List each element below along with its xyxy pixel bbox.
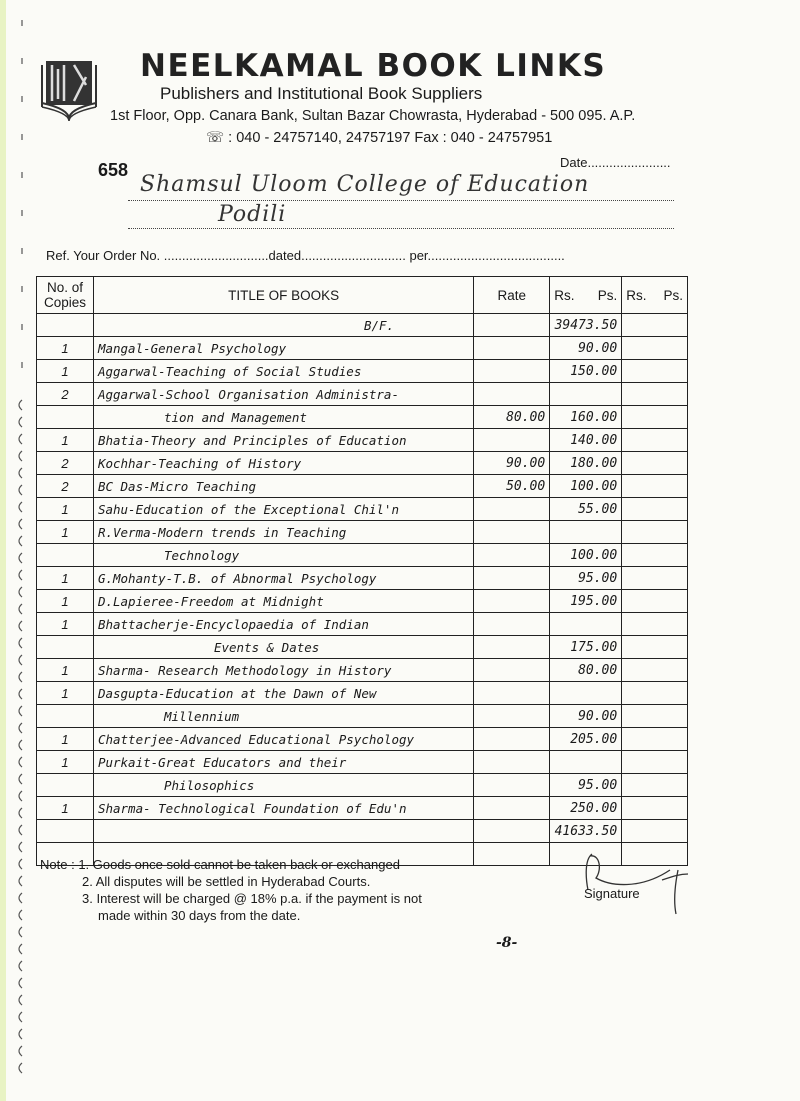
amount-cell: 90.00 bbox=[550, 337, 622, 360]
title-cell: Sharma- Research Methodology in History bbox=[93, 659, 473, 682]
title-cell: Events & Dates bbox=[93, 636, 473, 659]
table-row: 1D.Lapieree-Freedom at Midnight195.00 bbox=[37, 590, 688, 613]
amount-cell: 90.00 bbox=[550, 705, 622, 728]
company-address: 1st Floor, Opp. Canara Bank, Sultan Baza… bbox=[110, 108, 635, 124]
amount-2-cell bbox=[622, 590, 688, 613]
amount-2-cell bbox=[622, 636, 688, 659]
order-reference-line: Ref. Your Order No. ....................… bbox=[46, 248, 565, 263]
rate-cell bbox=[474, 383, 550, 406]
copies-cell: 1 bbox=[37, 360, 94, 383]
copies-cell: 1 bbox=[37, 659, 94, 682]
rate-cell bbox=[474, 659, 550, 682]
company-name: NEELKAMAL BOOK LINKS bbox=[140, 48, 606, 84]
copies-cell: 1 bbox=[37, 728, 94, 751]
amount-2-cell bbox=[622, 337, 688, 360]
amount-2-cell bbox=[622, 544, 688, 567]
amount-2-cell bbox=[622, 314, 688, 337]
table-row: 2BC Das-Micro Teaching50.00100.00 bbox=[37, 475, 688, 498]
copies-cell: 1 bbox=[37, 613, 94, 636]
table-row: Events & Dates175.00 bbox=[37, 636, 688, 659]
table-row: 1Bhattacherje-Encyclopaedia of Indian bbox=[37, 613, 688, 636]
title-cell: Kochhar-Teaching of History bbox=[93, 452, 473, 475]
header-title: TITLE OF BOOKS bbox=[93, 277, 473, 314]
table-header-row: No. of Copies TITLE OF BOOKS Rate Rs.Ps.… bbox=[37, 277, 688, 314]
copies-cell: 1 bbox=[37, 521, 94, 544]
amount-2-cell bbox=[622, 774, 688, 797]
amount-cell: 180.00 bbox=[550, 452, 622, 475]
amount-cell bbox=[550, 682, 622, 705]
rate-cell bbox=[474, 429, 550, 452]
amount-2-cell bbox=[622, 383, 688, 406]
copies-cell: 1 bbox=[37, 590, 94, 613]
amount-cell: 205.00 bbox=[550, 728, 622, 751]
title-cell: G.Mohanty-T.B. of Abnormal Psychology bbox=[93, 567, 473, 590]
title-cell: R.Verma-Modern trends in Teaching bbox=[93, 521, 473, 544]
amount-cell: 100.00 bbox=[550, 475, 622, 498]
copies-cell bbox=[37, 636, 94, 659]
title-cell: Sharma- Technological Foundation of Edu'… bbox=[93, 797, 473, 820]
copies-cell: 1 bbox=[37, 498, 94, 521]
title-cell: Bhatia-Theory and Principles of Educatio… bbox=[93, 429, 473, 452]
title-cell: B/F. bbox=[93, 314, 473, 337]
title-cell: D.Lapieree-Freedom at Midnight bbox=[93, 590, 473, 613]
amount-cell bbox=[550, 751, 622, 774]
amount-cell: 250.00 bbox=[550, 797, 622, 820]
copies-cell bbox=[37, 406, 94, 429]
table-row: 1Sahu-Education of the Exceptional Chil'… bbox=[37, 498, 688, 521]
telephone-icon: ☏ bbox=[206, 130, 224, 146]
rate-cell: 80.00 bbox=[474, 406, 550, 429]
amount-cell: 100.00 bbox=[550, 544, 622, 567]
copies-cell: 1 bbox=[37, 751, 94, 774]
amount-cell: 95.00 bbox=[550, 567, 622, 590]
terms-notes: Note : 1. Goods once sold cannot be take… bbox=[40, 856, 422, 924]
amount-cell: 39473.50 bbox=[550, 314, 622, 337]
table-row: 1Purkait-Great Educators and their bbox=[37, 751, 688, 774]
title-cell bbox=[93, 820, 473, 843]
title-cell: Purkait-Great Educators and their bbox=[93, 751, 473, 774]
rate-cell bbox=[474, 843, 550, 866]
date-field: Date....................... bbox=[560, 155, 671, 170]
amount-2-cell bbox=[622, 751, 688, 774]
title-cell: Sahu-Education of the Exceptional Chil'n bbox=[93, 498, 473, 521]
amount-cell: 55.00 bbox=[550, 498, 622, 521]
amount-cell bbox=[550, 383, 622, 406]
header-amount: Rs.Ps. bbox=[550, 277, 622, 314]
rate-cell bbox=[474, 521, 550, 544]
rate-cell bbox=[474, 682, 550, 705]
customer-name: Shamsul Uloom College of Education bbox=[140, 172, 589, 197]
amount-2-cell bbox=[622, 452, 688, 475]
table-row: 41633.50 bbox=[37, 820, 688, 843]
note-2: 2. All disputes will be settled in Hyder… bbox=[40, 873, 422, 890]
rate-cell bbox=[474, 544, 550, 567]
books-table: No. of Copies TITLE OF BOOKS Rate Rs.Ps.… bbox=[36, 276, 688, 866]
amount-2-cell bbox=[622, 613, 688, 636]
amount-2-cell bbox=[622, 682, 688, 705]
table-row: Technology100.00 bbox=[37, 544, 688, 567]
table-row: 2Aggarwal-School Organisation Administra… bbox=[37, 383, 688, 406]
copies-cell: 1 bbox=[37, 429, 94, 452]
header-copies: No. of Copies bbox=[37, 277, 94, 314]
table-row: Millennium90.00 bbox=[37, 705, 688, 728]
rate-cell bbox=[474, 337, 550, 360]
title-cell: Aggarwal-School Organisation Administra- bbox=[93, 383, 473, 406]
amount-2-cell bbox=[622, 797, 688, 820]
table-row: 2Kochhar-Teaching of History90.00180.00 bbox=[37, 452, 688, 475]
copies-cell bbox=[37, 314, 94, 337]
table-row: 1Mangal-General Psychology90.00 bbox=[37, 337, 688, 360]
amount-cell: 95.00 bbox=[550, 774, 622, 797]
title-cell: tion and Management bbox=[93, 406, 473, 429]
note-1: Note : 1. Goods once sold cannot be take… bbox=[40, 856, 422, 873]
rate-cell bbox=[474, 590, 550, 613]
amount-2-cell bbox=[622, 728, 688, 751]
copies-cell bbox=[37, 774, 94, 797]
rate-cell bbox=[474, 797, 550, 820]
title-cell: BC Das-Micro Teaching bbox=[93, 475, 473, 498]
copies-cell: 1 bbox=[37, 337, 94, 360]
bill-number: 658 bbox=[98, 160, 128, 181]
rate-cell: 50.00 bbox=[474, 475, 550, 498]
copies-cell bbox=[37, 820, 94, 843]
copies-cell bbox=[37, 705, 94, 728]
rate-cell bbox=[474, 820, 550, 843]
title-cell: Philosophics bbox=[93, 774, 473, 797]
customer-line-2 bbox=[128, 228, 674, 229]
table-row: 1R.Verma-Modern trends in Teaching bbox=[37, 521, 688, 544]
rate-cell bbox=[474, 567, 550, 590]
copies-cell: 1 bbox=[37, 682, 94, 705]
header-rate: Rate bbox=[474, 277, 550, 314]
spiral-binding-marks bbox=[8, 0, 32, 1101]
title-cell: Mangal-General Psychology bbox=[93, 337, 473, 360]
table-row: 1Chatterjee-Advanced Educational Psychol… bbox=[37, 728, 688, 751]
table-row: 1G.Mohanty-T.B. of Abnormal Psychology95… bbox=[37, 567, 688, 590]
note-3: 3. Interest will be charged @ 18% p.a. i… bbox=[40, 890, 422, 907]
amount-cell: 140.00 bbox=[550, 429, 622, 452]
signature-label: Signature bbox=[584, 886, 640, 901]
rate-cell bbox=[474, 360, 550, 383]
customer-line-1 bbox=[128, 200, 674, 201]
rate-cell bbox=[474, 613, 550, 636]
amount-cell: 160.00 bbox=[550, 406, 622, 429]
rate-cell bbox=[474, 705, 550, 728]
copies-cell: 1 bbox=[37, 567, 94, 590]
rate-cell bbox=[474, 751, 550, 774]
rate-cell bbox=[474, 314, 550, 337]
copies-cell: 2 bbox=[37, 475, 94, 498]
amount-2-cell bbox=[622, 406, 688, 429]
copies-cell: 2 bbox=[37, 383, 94, 406]
amount-cell: 175.00 bbox=[550, 636, 622, 659]
rate-cell: 90.00 bbox=[474, 452, 550, 475]
amount-cell: 41633.50 bbox=[550, 820, 622, 843]
copies-cell bbox=[37, 544, 94, 567]
rate-cell bbox=[474, 728, 550, 751]
customer-place: Podili bbox=[218, 202, 286, 227]
amount-cell: 80.00 bbox=[550, 659, 622, 682]
rate-cell bbox=[474, 498, 550, 521]
amount-2-cell bbox=[622, 567, 688, 590]
book-logo-icon bbox=[40, 55, 98, 121]
title-cell: Chatterjee-Advanced Educational Psycholo… bbox=[93, 728, 473, 751]
amount-2-cell bbox=[622, 429, 688, 452]
table-row: Philosophics95.00 bbox=[37, 774, 688, 797]
company-tagline: Publishers and Institutional Book Suppli… bbox=[160, 84, 482, 104]
table-row: 1Aggarwal-Teaching of Social Studies150.… bbox=[37, 360, 688, 383]
amount-cell: 195.00 bbox=[550, 590, 622, 613]
copies-cell: 2 bbox=[37, 452, 94, 475]
rate-cell bbox=[474, 774, 550, 797]
amount-2-cell bbox=[622, 705, 688, 728]
amount-2-cell bbox=[622, 498, 688, 521]
table-row: tion and Management80.00160.00 bbox=[37, 406, 688, 429]
page-number: -8- bbox=[496, 935, 517, 951]
table-row: 1Dasgupta-Education at the Dawn of New bbox=[37, 682, 688, 705]
amount-2-cell bbox=[622, 820, 688, 843]
signature-scribble bbox=[570, 850, 710, 920]
amount-cell bbox=[550, 521, 622, 544]
page-edge bbox=[0, 0, 6, 1101]
title-cell: Technology bbox=[93, 544, 473, 567]
table-row: 1Bhatia-Theory and Principles of Educati… bbox=[37, 429, 688, 452]
note-3-cont: made within 30 days from the date. bbox=[40, 907, 422, 924]
title-cell: Bhattacherje-Encyclopaedia of Indian bbox=[93, 613, 473, 636]
copies-cell: 1 bbox=[37, 797, 94, 820]
title-cell: Aggarwal-Teaching of Social Studies bbox=[93, 360, 473, 383]
amount-2-cell bbox=[622, 475, 688, 498]
company-phone: ☏ : 040 - 24757140, 24757197 Fax : 040 -… bbox=[206, 130, 552, 146]
table-row: 1Sharma- Technological Foundation of Edu… bbox=[37, 797, 688, 820]
table-row: 1Sharma- Research Methodology in History… bbox=[37, 659, 688, 682]
header-amount-2: Rs.Ps. bbox=[622, 277, 688, 314]
rate-cell bbox=[474, 636, 550, 659]
amount-2-cell bbox=[622, 659, 688, 682]
table-row: B/F.39473.50 bbox=[37, 314, 688, 337]
amount-cell: 150.00 bbox=[550, 360, 622, 383]
amount-2-cell bbox=[622, 521, 688, 544]
title-cell: Millennium bbox=[93, 705, 473, 728]
amount-2-cell bbox=[622, 360, 688, 383]
title-cell: Dasgupta-Education at the Dawn of New bbox=[93, 682, 473, 705]
amount-cell bbox=[550, 613, 622, 636]
